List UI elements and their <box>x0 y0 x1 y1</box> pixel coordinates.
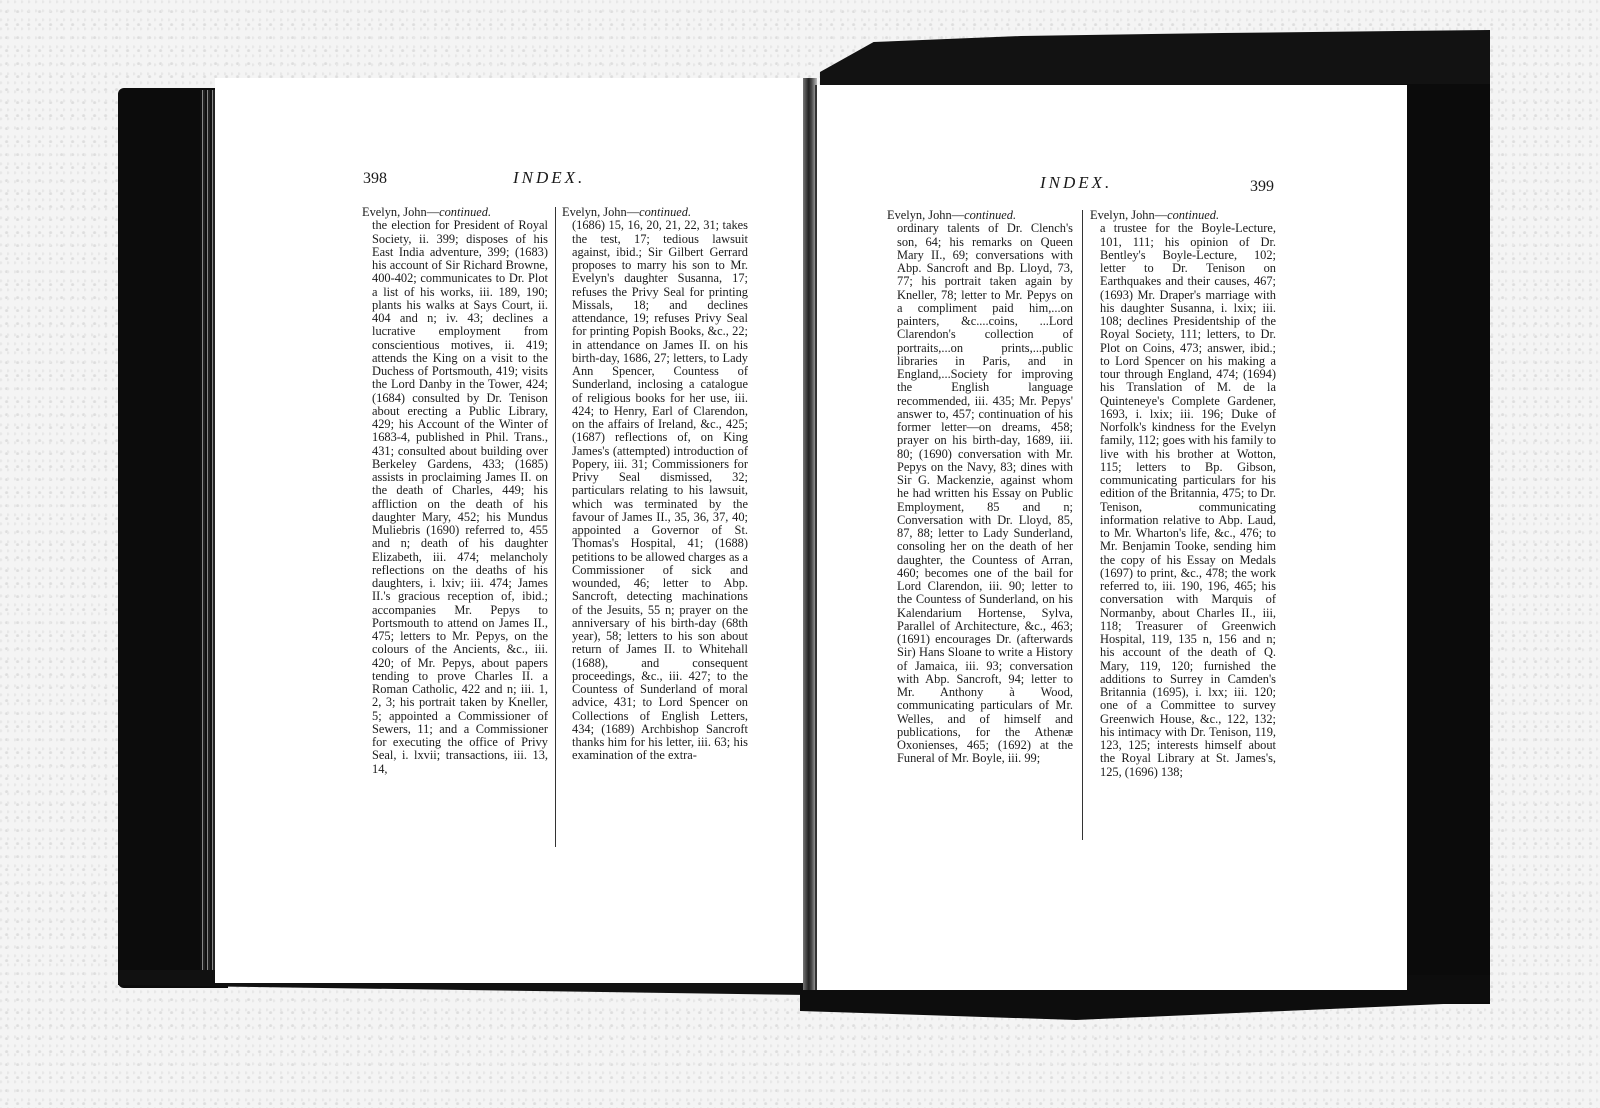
left-page-number: 398 <box>363 170 387 188</box>
right-page-column-2: Evelyn, John—continued. a trustee for th… <box>1090 209 1276 779</box>
index-heading: Evelyn, John—continued. <box>362 206 548 219</box>
index-entry-text: the election for President of Royal Soci… <box>362 219 548 776</box>
index-entry-text: a trustee for the Boyle-Lecture, 101, 11… <box>1090 222 1276 779</box>
heading-continued: continued. <box>964 208 1016 222</box>
right-running-head-title: INDEX. <box>1040 173 1112 192</box>
index-entry-text: (1686) 15, 16, 20, 21, 22, 31; takes the… <box>562 219 748 762</box>
right-running-head: INDEX. <box>1040 173 1112 193</box>
left-page-column-2: Evelyn, John—continued. (1686) 15, 16, 2… <box>562 206 748 763</box>
left-running-head: INDEX. <box>513 168 585 188</box>
left-page-column-1: Evelyn, John—continued. the election for… <box>362 206 548 776</box>
heading-name: Evelyn, John— <box>1090 208 1167 222</box>
index-heading: Evelyn, John—continued. <box>1090 209 1276 222</box>
left-column-rule <box>555 207 556 847</box>
right-page-column-1: Evelyn, John—continued. ordinary talents… <box>887 209 1073 766</box>
index-heading: Evelyn, John—continued. <box>887 209 1073 222</box>
heading-continued: continued. <box>639 205 691 219</box>
heading-name: Evelyn, John— <box>887 208 964 222</box>
index-heading: Evelyn, John—continued. <box>562 206 748 219</box>
right-page-number: 399 <box>1250 178 1274 196</box>
right-column-rule <box>1082 210 1083 840</box>
left-running-head-title: INDEX. <box>513 168 585 187</box>
heading-name: Evelyn, John— <box>562 205 639 219</box>
heading-name: Evelyn, John— <box>362 205 439 219</box>
heading-continued: continued. <box>1167 208 1219 222</box>
index-entry-text: ordinary talents of Dr. Clench's son, 64… <box>887 222 1073 765</box>
heading-continued: continued. <box>439 205 491 219</box>
